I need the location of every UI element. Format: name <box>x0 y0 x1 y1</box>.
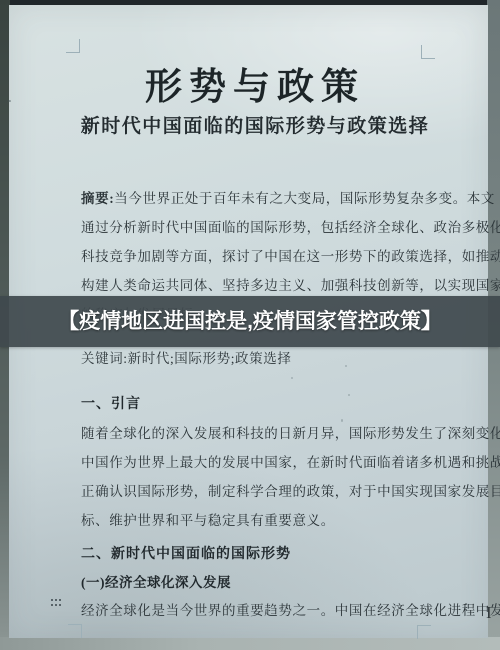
overlay-caption-text: 【疫情地区进国控是,疫情国家管控政策】 <box>24 310 476 334</box>
intro-line: 正确认识国际形势，制定科学合理的政策，对于中国实现国家发展目 <box>81 477 441 506</box>
section-heading-international-situation: 二、新时代中国面临的国际形势 <box>81 543 291 563</box>
intro-line: 随着全球化的深入发展和科技的日新月异，国际形势发生了深刻变化 <box>81 419 441 448</box>
dust-speck <box>291 377 293 379</box>
dust-speck <box>348 394 350 396</box>
paragraph-anchor-dots <box>51 599 61 606</box>
crop-mark-bottom-left <box>68 624 82 638</box>
keywords-line: 关键词:新时代;国际形势;政策选择 <box>81 347 291 367</box>
edge-letter-mark: I <box>486 603 492 623</box>
globalization-body-line: 经济全球化是当今世界的重要趋势之一。中国在经济全球化进程中发 <box>81 596 500 625</box>
overlay-caption-band: 【疫情地区进国控是,疫情国家管控政策】 <box>0 296 500 347</box>
dust-speck <box>341 419 343 422</box>
intro-line: 中国作为世界上最大的发展中国家，在新时代面临着诸多机遇和挑战 <box>81 448 441 477</box>
crop-mark-top-left <box>66 39 80 53</box>
abstract-label: 摘要: <box>81 191 114 206</box>
document-photo: 形势与政策 新时代中国面临的国际形势与政策选择 摘要:当今世界正处于百年未有之大… <box>0 0 500 650</box>
abstract-line-text: 当今世界正处于百年未有之大变局，国际形势复杂多变。本文 <box>114 191 495 206</box>
intro-line: 标、维护世界和平与稳定具有重要意义。 <box>81 506 441 535</box>
section-heading-introduction: 一、引言 <box>81 393 141 413</box>
crop-mark-bottom-right <box>417 625 431 639</box>
dust-speck <box>345 365 347 367</box>
document-subtitle: 新时代中国面临的国际形势与政策选择 <box>40 111 470 138</box>
abstract-line: 科技竞争加剧等方面，探讨了中国在这一形势下的政策选择，如推动 <box>81 242 441 271</box>
abstract-line: 摘要:当今世界正处于百年未有之大变局，国际形势复杂多变。本文 <box>81 184 441 213</box>
abstract-line: 通过分析新时代中国面临的国际形势，包括经济全球化、政治多极化、 <box>81 213 441 242</box>
document-title: 形势与政策 <box>40 56 470 110</box>
introduction-paragraph: 随着全球化的深入发展和科技的日新月异，国际形势发生了深刻变化 中国作为世界上最大… <box>81 419 441 535</box>
dust-speck <box>8 100 11 102</box>
subsection-heading-globalization: (一)经济全球化深入发展 <box>81 571 231 591</box>
